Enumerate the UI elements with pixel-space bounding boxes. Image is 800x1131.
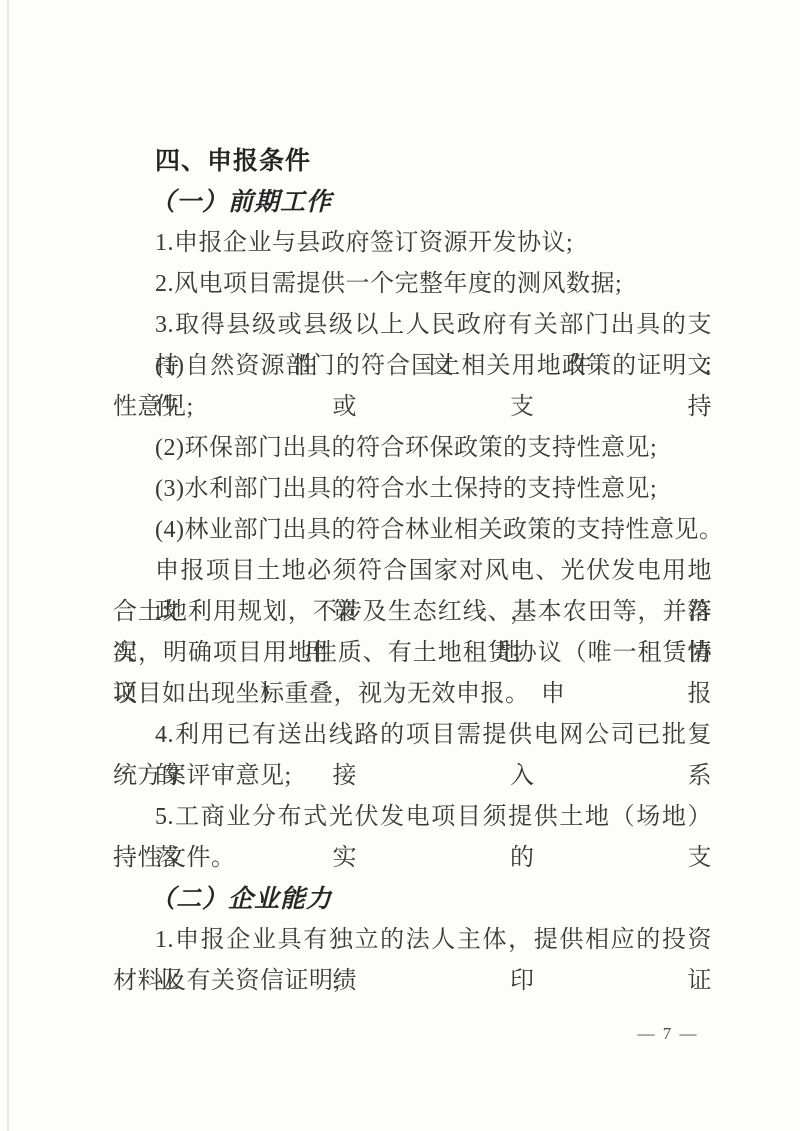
text-line: 合土地利用规划，不涉及生态红线、基本农田等，并落实用地情	[113, 592, 712, 633]
text-line: (4)林业部门出具的符合林业相关政策的支持性意见。	[113, 510, 712, 551]
document-page: 四、申报条件（一）前期工作1.申报企业与县政府签订资源开发协议;2.风电项目需提…	[0, 0, 800, 1131]
text-line: (3)水利部门出具的符合水土保持的支持性意见;	[113, 469, 712, 510]
text-line: (1)自然资源部门的符合国土相关用地政策的证明文件或支持	[113, 346, 712, 387]
text-line: 5.工商业分布式光伏发电项目须提供土地（场地）落实的支	[113, 797, 712, 838]
text-line: (2)环保部门出具的符合环保政策的支持性意见;	[113, 428, 712, 469]
text-line: 4.利用已有送出线路的项目需提供电网公司已批复的接入系	[113, 715, 712, 756]
document-body: 四、申报条件（一）前期工作1.申报企业与县政府签订资源开发协议;2.风电项目需提…	[113, 141, 712, 1002]
text-line: 申报项目土地必须符合国家对风电、光伏发电用地政策，符	[113, 551, 712, 592]
text-line: 3.取得县级或县级以上人民政府有关部门出具的支持性文件:	[113, 305, 712, 346]
text-line: 2.风电项目需提供一个完整年度的测风数据;	[113, 264, 712, 305]
subsection-heading: （一）前期工作	[113, 182, 712, 223]
text-line: 1.申报企业具有独立的法人主体，提供相应的投资业绩印证	[113, 920, 712, 961]
text-line: 1.申报企业与县政府签订资源开发协议;	[113, 223, 712, 264]
text-line: 况，明确项目用地性质、有土地租赁协议（唯一租赁协议）。申报	[113, 633, 712, 674]
section-heading: 四、申报条件	[113, 141, 712, 182]
scan-edge-artifact	[7, 0, 9, 1131]
page-number: — 7 —	[628, 1024, 708, 1044]
subsection-heading: （二）企业能力	[113, 879, 712, 920]
